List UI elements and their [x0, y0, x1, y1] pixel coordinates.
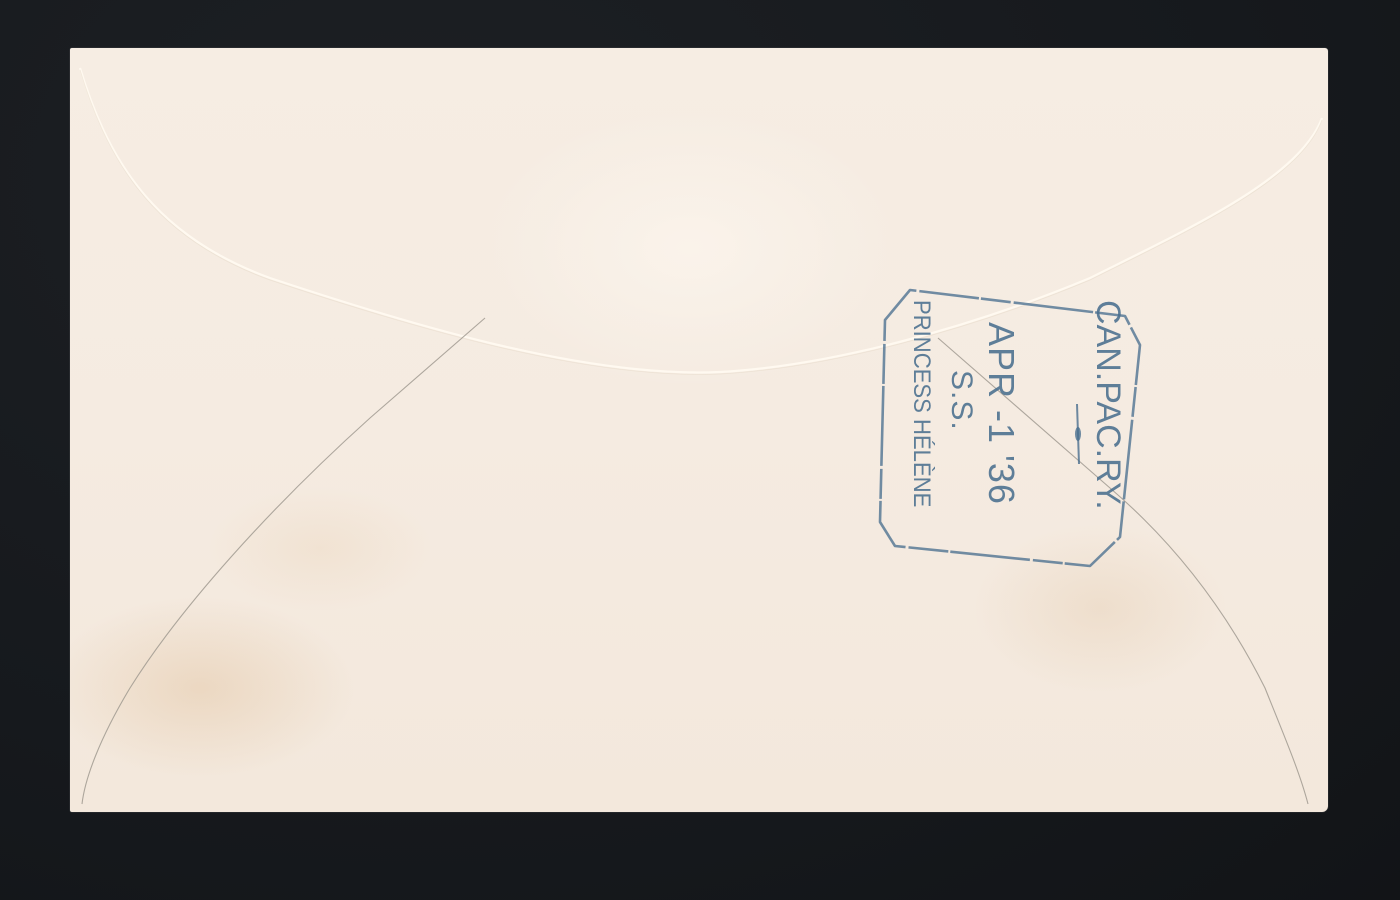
postmark-line-date: APR -1 '36	[980, 322, 1022, 505]
postmark-line-railway: CAN.PAC.RY.	[1088, 300, 1127, 510]
postmark-line-ship-name: PRINCESS HÉLÈNE	[907, 300, 935, 507]
postmark-line-ss: S.S.	[944, 370, 978, 431]
